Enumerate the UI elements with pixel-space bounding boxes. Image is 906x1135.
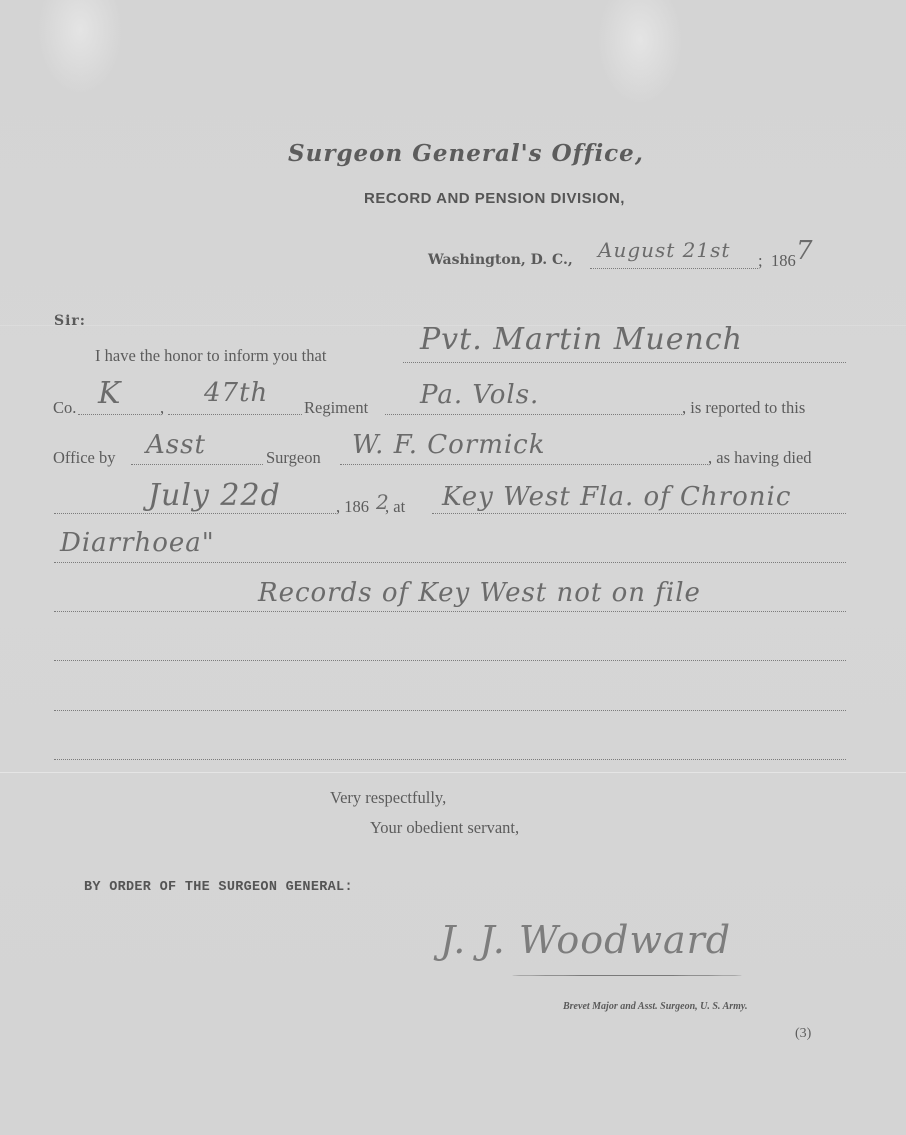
surgeon-rank-line [131,464,263,465]
cause-line [54,562,846,563]
handwritten-regiment-state: Pa. Vols. [420,380,539,410]
blank-line [54,710,846,711]
paper-fold [0,772,906,773]
at-label: , at [385,497,405,517]
intro-text: I have the honor to inform you that [95,346,326,366]
closing-line-1: Very respectfully, [330,788,446,808]
handwritten-year-digit: 7 [796,236,814,266]
year-prefix: 186 [771,251,796,271]
handwritten-death-date: July 22d [148,478,281,513]
handwritten-surgeon-name: W. F. Cormick [352,430,546,460]
comma: , [160,398,164,418]
handwritten-cause: Diarrhoea" [60,528,215,558]
handwritten-note: Records of Key West not on file [258,578,701,608]
note-line [54,611,846,612]
document-page: Surgeon General's Office, RECORD AND PEN… [0,0,906,1135]
office-by-label: Office by [53,448,115,468]
year-printed: , 186 [336,497,369,517]
handwritten-regiment-number: 47th [204,378,268,408]
date-line [590,268,758,269]
location-label: Washington, D. C., [428,252,573,268]
reported-text: , is reported to this [682,398,805,418]
name-line [403,362,846,363]
handwritten-surgeon-rank: Asst [146,430,206,460]
office-title: Surgeon General's Office, [288,140,644,167]
handwritten-company: K [98,376,121,411]
surgeon-name-line [340,464,708,465]
date-separator: ; [758,251,763,271]
handwritten-date: August 21st [598,238,730,262]
death-date-line [54,513,336,514]
regiment-state-line [385,414,682,415]
division-title: RECORD AND PENSION DIVISION, [364,190,625,207]
having-died-text: , as having died [708,448,812,468]
signature-flourish [512,975,742,976]
regiment-label: Regiment [304,398,368,418]
blank-line [54,759,846,760]
salutation: Sir: [54,313,86,329]
company-line [78,414,160,415]
regiment-number-line [168,414,302,415]
signer-title: Brevet Major and Asst. Surgeon, U. S. Ar… [563,1001,747,1012]
handwritten-soldier-name: Pvt. Martin Muench [420,322,743,357]
closing-line-2: Your obedient servant, [370,818,519,838]
company-label: Co. [53,398,76,418]
handwritten-place-cause: Key West Fla. of Chronic [442,482,791,512]
place-line [432,513,846,514]
signature: J. J. Woodward [440,918,731,962]
blank-line [54,660,846,661]
by-order-text: BY ORDER OF THE SURGEON GENERAL: [84,880,353,895]
surgeon-label: Surgeon [266,448,321,468]
form-number: (3) [795,1026,811,1042]
